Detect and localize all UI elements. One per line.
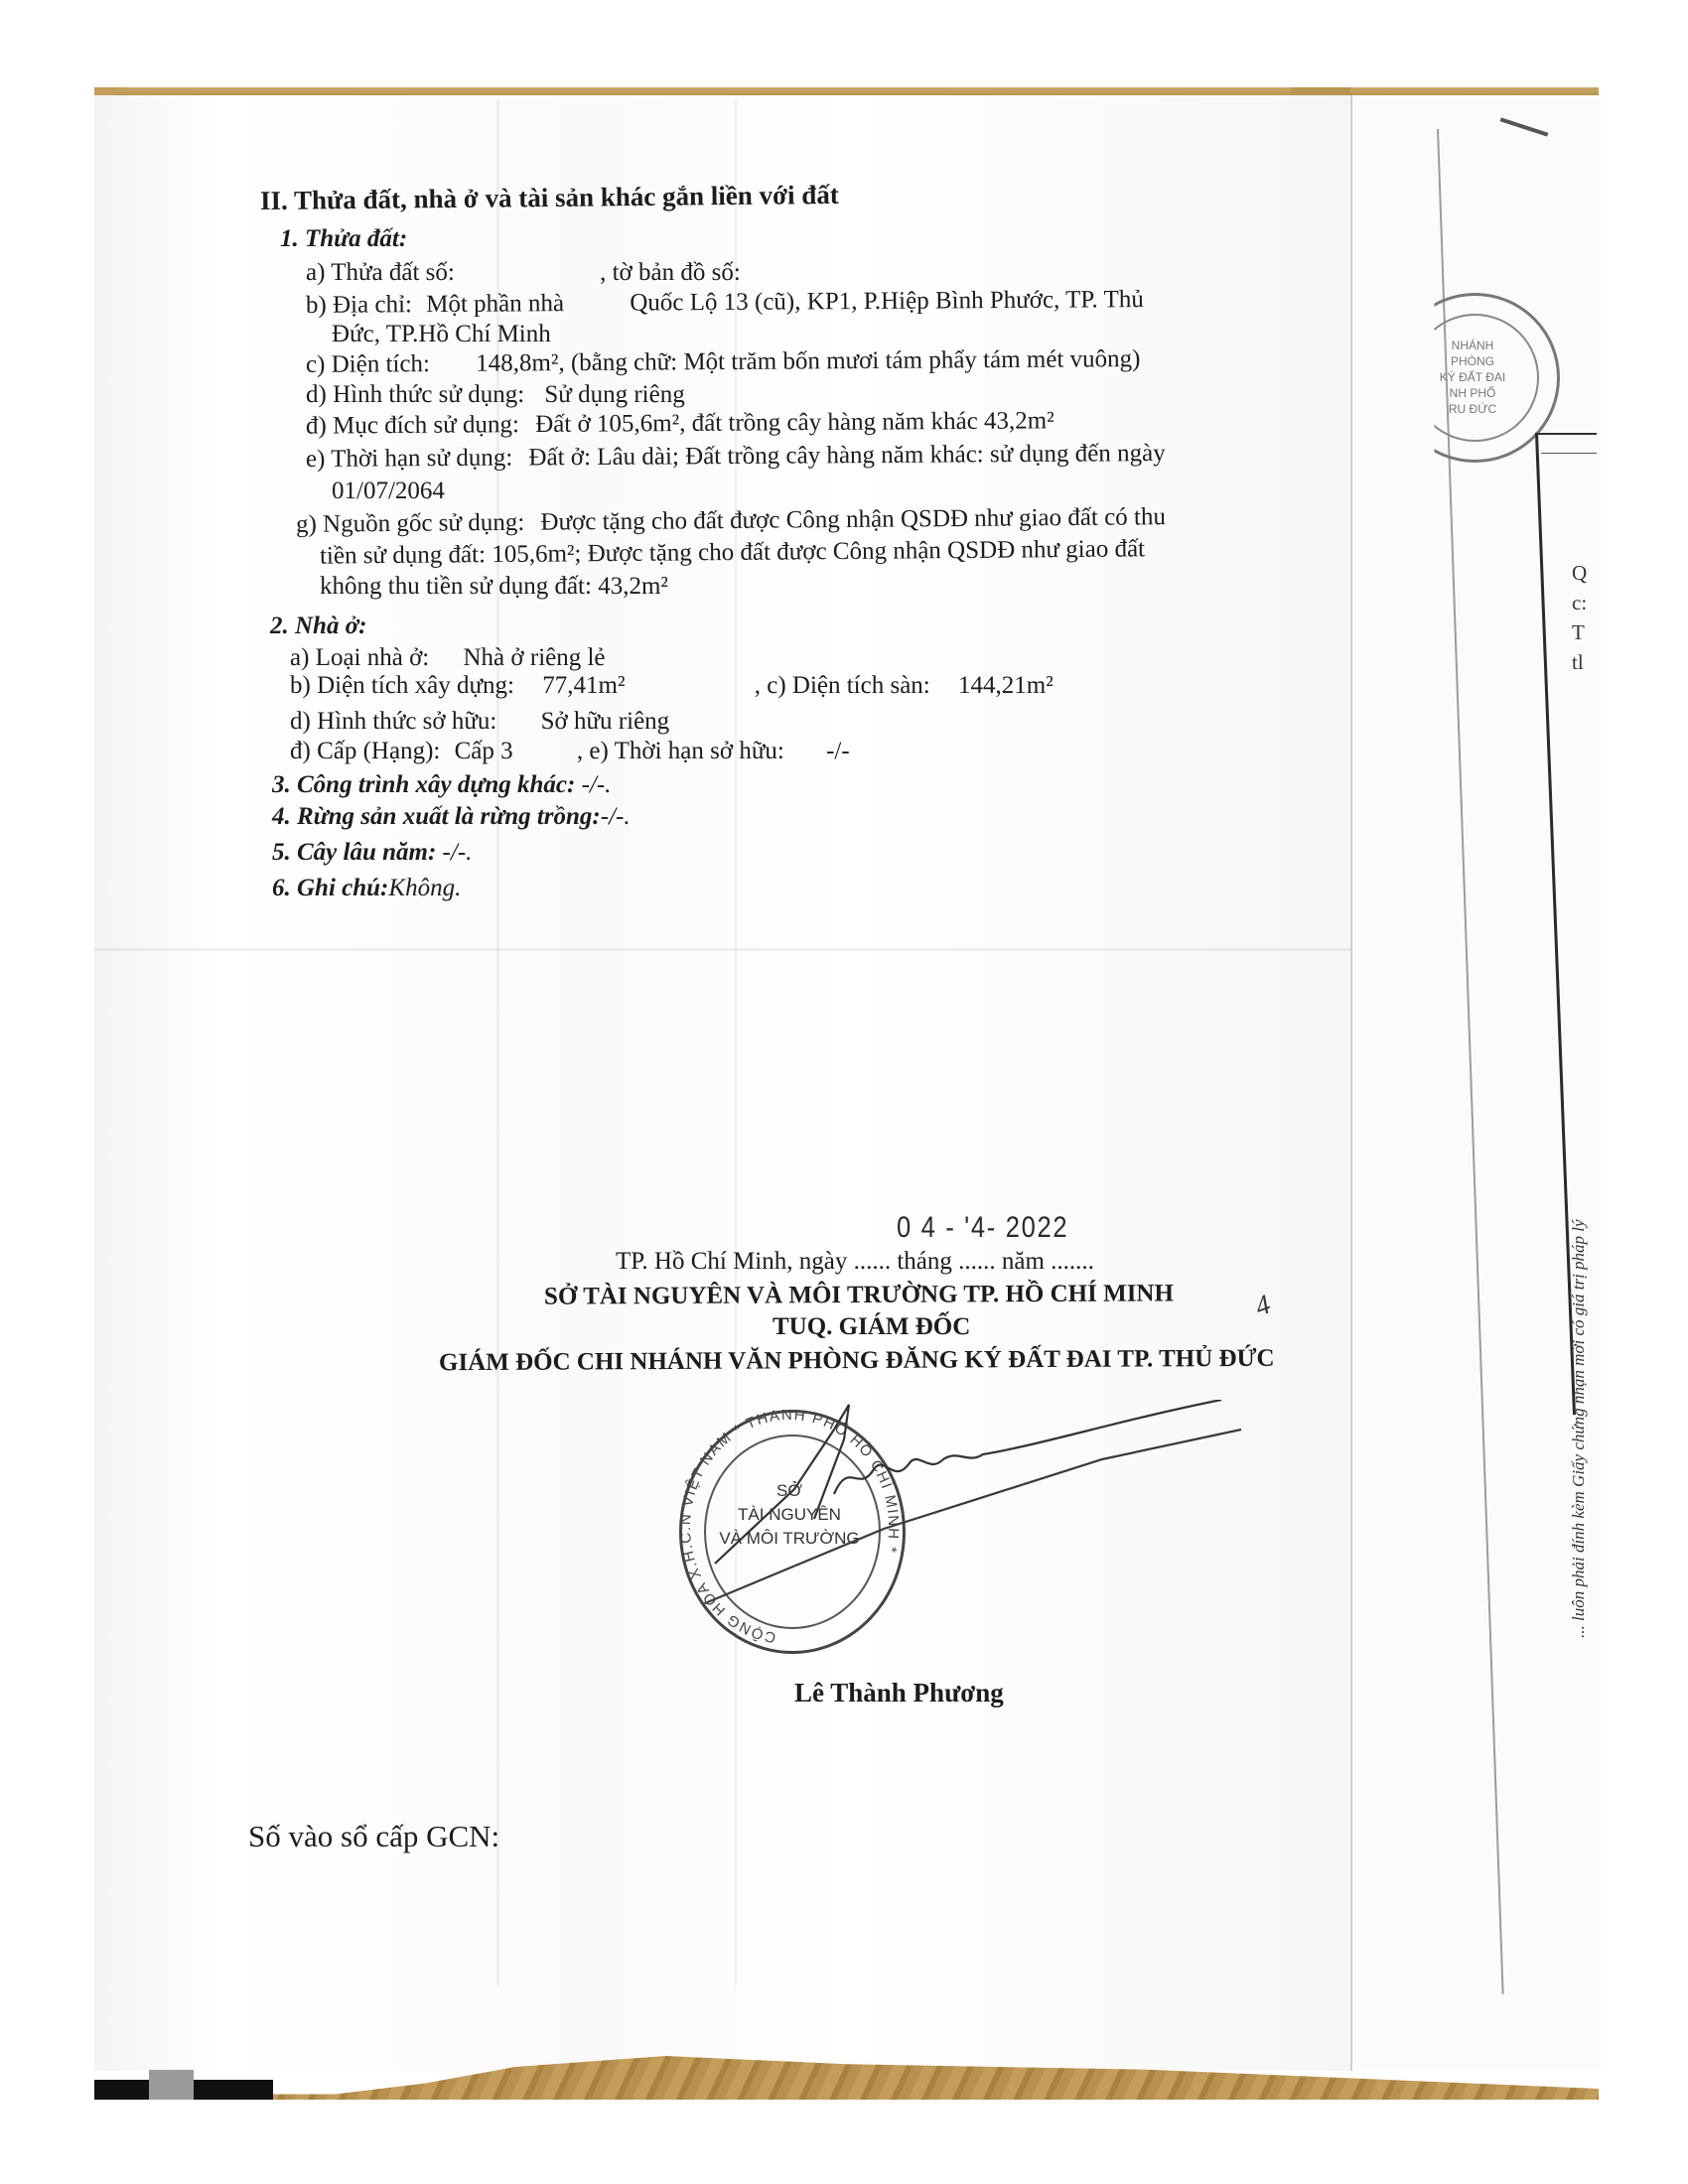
office-stamp-text: NHÁNH PHÒNG KÝ ĐẤT ĐAI NH PHỐ RU ĐỨC xyxy=(1438,338,1507,417)
paper-fold xyxy=(735,99,737,1985)
land-heading: 1. Thửa đất: xyxy=(280,224,407,254)
land-usage-purpose: đ) Mục đích sử dụng: Đất ở 105,6m², đất … xyxy=(306,406,1055,441)
floor-shadow xyxy=(149,2070,194,2100)
handwritten-signature xyxy=(685,1400,1301,1648)
signer-title: GIÁM ĐỐC CHI NHÁNH VĂN PHÒNG ĐĂNG KÝ ĐẤT… xyxy=(439,1344,1275,1378)
validity-note: ... luôn phải đính kèm Giấy chứng nhận m… xyxy=(1569,1122,1589,1638)
table-border xyxy=(1541,453,1597,454)
land-usage-form: d) Hình thức sử dụng: Sử dụng riêng xyxy=(306,380,685,410)
perennial-trees: 5. Cây lâu năm: -/-. xyxy=(272,838,472,868)
house-type: a) Loại nhà ở: Nhà ở riêng lẻ xyxy=(290,643,606,673)
table-surface-top xyxy=(94,87,1599,95)
attached-page-edge-text: Q c: T tl xyxy=(1572,558,1602,677)
planted-forest: 4. Rừng sản xuất là rừng trồng:-/-. xyxy=(272,802,631,832)
house-construction-area: b) Diện tích xây dựng: 77,41m² , c) Diện… xyxy=(290,671,1054,701)
certificate-registry-number-label: Số vào sổ cấp GCN: xyxy=(248,1819,499,1854)
issuing-agency: SỞ TÀI NGUYÊN VÀ MÔI TRƯỜNG TP. HỒ CHÍ M… xyxy=(544,1279,1174,1311)
on-behalf-line: TUQ. GIÁM ĐỐC xyxy=(773,1312,970,1342)
notes: 6. Ghi chú:Không. xyxy=(272,874,461,903)
land-parcel-number: a) Thửa đất số: , tờ bản đồ số: xyxy=(306,258,741,288)
land-usage-origin-cont: không thu tiền sử dụng đất: 43,2m² xyxy=(320,572,668,602)
land-usage-term: e) Thời hạn sử dụng: Đất ở: Lâu dài; Đất… xyxy=(306,439,1166,475)
other-construction: 3. Công trình xây dựng khác: -/-. xyxy=(272,770,611,800)
house-ownership-form: d) Hình thức sở hữu: Sở hữu riêng xyxy=(290,707,669,737)
place-date-line: TP. Hồ Chí Minh, ngày ...... tháng .....… xyxy=(616,1247,1094,1277)
land-address-cont: Đức, TP.Hồ Chí Minh xyxy=(332,320,551,349)
section-title: II. Thửa đất, nhà ở và tài sản khác gắn … xyxy=(260,180,839,215)
document-sheet xyxy=(94,95,1355,2071)
house-grade: đ) Cấp (Hạng): Cấp 3 , e) Thời hạn sở hữ… xyxy=(290,737,850,766)
house-heading: 2. Nhà ở: xyxy=(270,612,366,641)
paper-fold xyxy=(94,948,1355,951)
land-address: b) Địa chỉ: Một phần nhà Quốc Lộ 13 (cũ)… xyxy=(306,285,1144,321)
signer-name: Lê Thành Phương xyxy=(794,1678,1004,1708)
issue-date-stamp: 0 4 - '4- 2022 xyxy=(897,1211,1068,1245)
land-usage-term-cont: 01/07/2064 xyxy=(332,477,445,506)
land-area: c) Diện tích: 148,8m², (bằng chữ: Một tr… xyxy=(306,344,1141,380)
table-border xyxy=(1537,433,1597,435)
